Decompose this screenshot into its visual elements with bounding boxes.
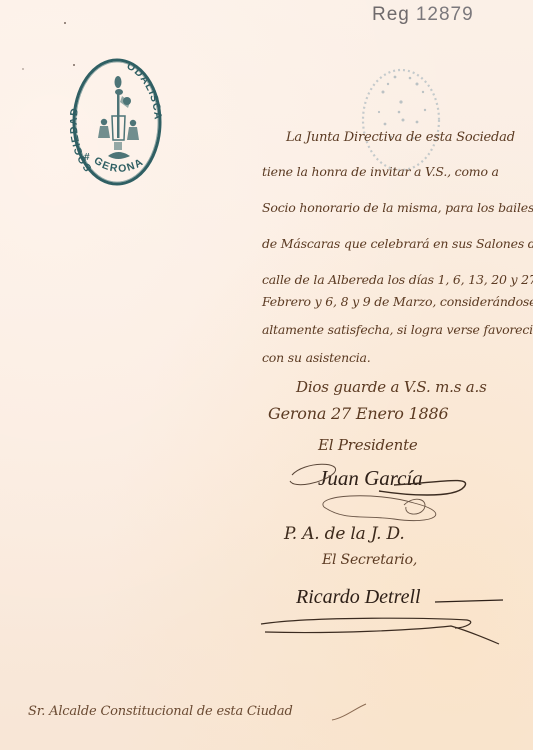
registry-annotation: Reg12879 bbox=[372, 4, 474, 26]
svg-text:SOCIEDAD: SOCIEDAD bbox=[70, 107, 94, 174]
paper-speck bbox=[22, 68, 24, 70]
letter-line: tiene la honra de invitar a V.S., como a bbox=[262, 164, 499, 179]
letter-line: Febrero y 6, 8 y 9 de Marzo, consideránd… bbox=[262, 294, 533, 309]
letter-line: con su asistencia. bbox=[262, 350, 371, 365]
place-and-date: Gerona 27 Enero 1886 bbox=[268, 404, 448, 423]
president-title: El Presidente bbox=[318, 436, 418, 454]
secretary-prefix: P. A. de la J. D. bbox=[284, 524, 405, 544]
signature-flourish-icon bbox=[284, 455, 484, 530]
addressee-line: Sr. Alcalde Constitucional de esta Ciuda… bbox=[28, 704, 293, 719]
letter-line: de Máscaras que celebrará en sus Salones… bbox=[262, 236, 533, 251]
letter-line: calle de la Albereda los días 1, 6, 13, … bbox=[262, 272, 533, 287]
secretary-flourish-icon bbox=[255, 590, 515, 650]
society-stamp-icon: SOCIEDAD ODALISCA GERONA # bbox=[70, 56, 164, 188]
registry-number: 12879 bbox=[416, 4, 474, 25]
addressee-flourish-icon bbox=[330, 700, 370, 724]
paper-speck bbox=[73, 64, 75, 66]
faint-stamp-icon bbox=[355, 62, 447, 172]
letter-line: Socio honorario de la misma, para los ba… bbox=[262, 200, 533, 215]
paper-speck bbox=[64, 22, 66, 24]
svg-text:#: # bbox=[84, 152, 90, 163]
closing-formula: Dios guarde a V.S. m.s a.s bbox=[296, 378, 487, 396]
registry-label: Reg bbox=[372, 4, 410, 25]
svg-text:ODALISCA: ODALISCA bbox=[124, 60, 163, 121]
secretary-title: El Secretario, bbox=[322, 552, 417, 568]
letter-line: La Junta Directiva de esta Sociedad bbox=[286, 130, 515, 145]
letter-line: altamente satisfecha, si logra verse fav… bbox=[262, 322, 533, 337]
